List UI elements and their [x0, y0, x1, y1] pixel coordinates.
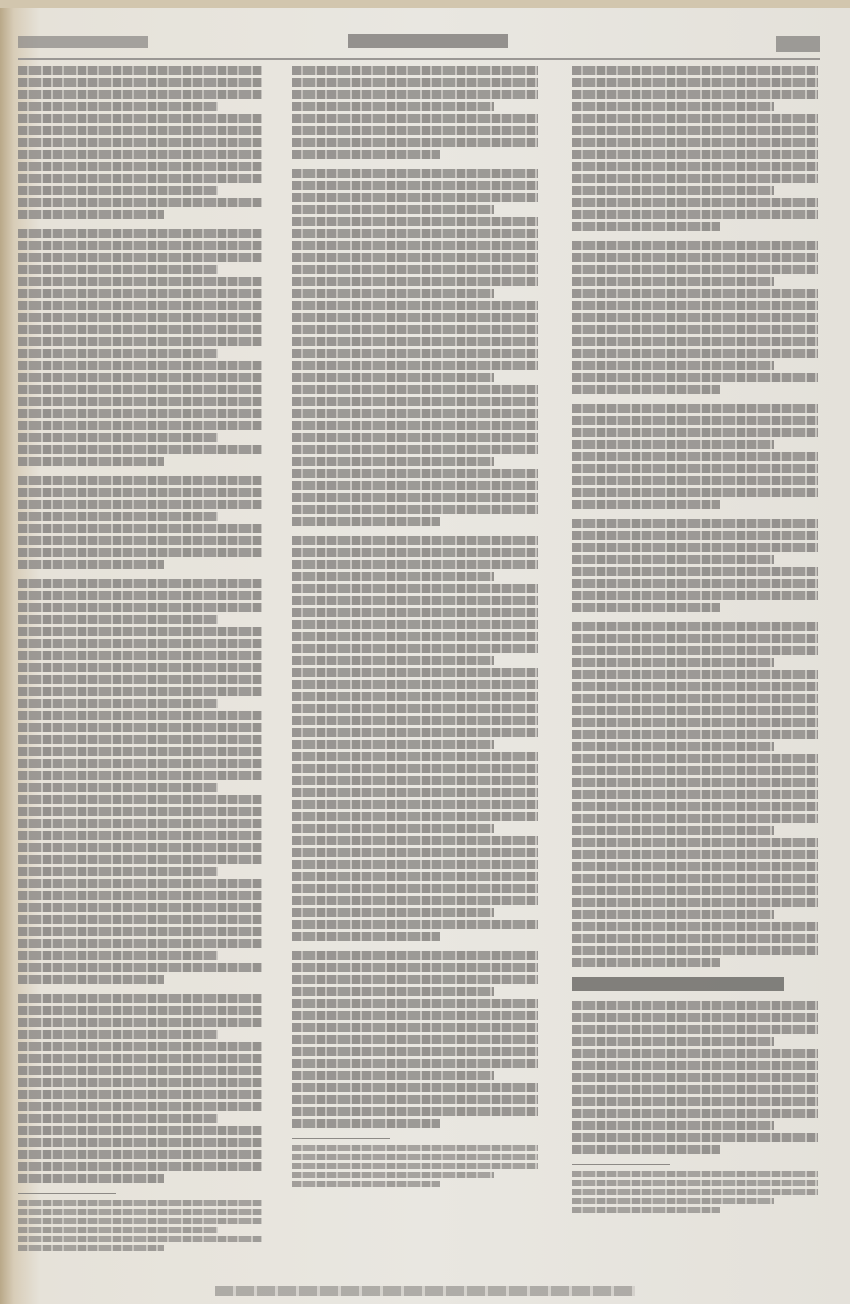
text-line	[292, 932, 440, 941]
text-line	[18, 150, 262, 159]
text-line	[572, 646, 818, 655]
text-line	[572, 1180, 818, 1186]
text-line	[292, 656, 494, 665]
text-line	[572, 102, 774, 111]
text-line	[18, 723, 262, 732]
text-line	[18, 915, 262, 924]
text-line	[572, 373, 818, 382]
text-line	[18, 349, 218, 358]
text-line	[18, 1138, 262, 1147]
text-line	[572, 253, 818, 262]
text-line	[18, 735, 262, 744]
column-3	[572, 66, 818, 1268]
text-line	[572, 1189, 818, 1195]
text-line	[572, 682, 818, 691]
text-line	[18, 855, 262, 864]
text-line	[292, 433, 538, 442]
text-line	[572, 325, 818, 334]
text-line	[18, 783, 218, 792]
text-line	[18, 1006, 262, 1015]
text-line	[18, 819, 262, 828]
text-line	[292, 337, 538, 346]
text-line	[572, 138, 818, 147]
text-line	[572, 802, 818, 811]
text-line	[292, 896, 538, 905]
text-line	[292, 975, 538, 984]
text-line	[18, 536, 262, 545]
text-line	[572, 500, 720, 509]
text-line	[292, 987, 494, 996]
text-line	[18, 807, 262, 816]
text-line	[292, 457, 494, 466]
text-line	[572, 898, 818, 907]
text-line	[292, 920, 538, 929]
text-line	[18, 1078, 262, 1087]
text-line	[18, 488, 262, 497]
text-line	[18, 186, 218, 195]
text-line	[18, 1245, 164, 1251]
text-line	[572, 826, 774, 835]
section-heading	[572, 977, 784, 991]
footnotes	[18, 1200, 262, 1251]
page-header	[18, 30, 820, 56]
text-line	[572, 658, 774, 667]
text-line	[18, 445, 262, 454]
text-line	[292, 289, 494, 298]
text-line	[572, 591, 818, 600]
text-line	[292, 560, 538, 569]
text-line	[572, 265, 818, 274]
text-line	[292, 908, 494, 917]
text-line	[18, 639, 262, 648]
text-line	[292, 313, 538, 322]
text-line	[572, 910, 774, 919]
footnote	[18, 1200, 262, 1251]
text-line	[18, 843, 262, 852]
text-line	[572, 579, 818, 588]
text-line	[292, 632, 538, 641]
text-line	[18, 66, 262, 75]
text-line	[572, 90, 818, 99]
text-line	[572, 754, 818, 763]
text-line	[292, 668, 538, 677]
text-line	[18, 548, 262, 557]
text-line	[18, 711, 262, 720]
text-line	[572, 1085, 818, 1094]
text-line	[572, 114, 818, 123]
text-line	[18, 1066, 262, 1075]
text-line	[292, 788, 538, 797]
text-line	[18, 675, 262, 684]
text-line	[18, 1209, 262, 1215]
text-line	[572, 1037, 774, 1046]
text-line	[18, 903, 262, 912]
text-line	[572, 313, 818, 322]
text-line	[572, 531, 818, 540]
text-line	[18, 1054, 262, 1063]
text-line	[572, 416, 818, 425]
text-line	[292, 1071, 494, 1080]
text-line	[292, 150, 440, 159]
text-line	[18, 975, 164, 984]
text-line	[18, 994, 262, 1003]
text-line	[292, 692, 538, 701]
text-line	[18, 891, 262, 900]
text-line	[18, 1236, 262, 1242]
text-line	[572, 361, 774, 370]
text-line	[572, 349, 818, 358]
text-line	[572, 850, 818, 859]
text-line	[18, 939, 262, 948]
column-1	[18, 66, 262, 1268]
text-line	[292, 445, 538, 454]
text-line	[18, 759, 262, 768]
text-line	[18, 397, 262, 406]
text-line	[18, 963, 262, 972]
text-line	[572, 301, 818, 310]
paragraph	[572, 404, 818, 509]
text-line	[292, 409, 538, 418]
footnote-rule	[18, 1193, 116, 1194]
paragraph	[572, 519, 818, 612]
text-line	[292, 277, 538, 286]
text-line	[572, 385, 720, 394]
text-line	[292, 325, 538, 334]
paragraph	[292, 951, 538, 1128]
text-line	[18, 337, 262, 346]
text-line	[572, 404, 818, 413]
text-line	[572, 766, 818, 775]
header-date-line	[18, 36, 148, 48]
text-line	[292, 728, 538, 737]
text-line	[292, 680, 538, 689]
text-line	[18, 433, 218, 442]
paragraph	[572, 241, 818, 394]
text-line	[18, 879, 262, 888]
text-line	[292, 951, 538, 960]
text-line	[18, 114, 262, 123]
text-line	[292, 397, 538, 406]
text-line	[292, 301, 538, 310]
text-line	[292, 253, 538, 262]
text-line	[292, 517, 440, 526]
text-line	[572, 922, 818, 931]
text-line	[292, 752, 538, 761]
text-line	[572, 337, 818, 346]
text-line	[292, 1181, 440, 1187]
text-line	[292, 620, 538, 629]
text-line	[572, 603, 720, 612]
text-line	[292, 181, 538, 190]
text-line	[292, 169, 538, 178]
text-line	[292, 193, 538, 202]
text-line	[572, 1198, 774, 1204]
text-line	[292, 776, 538, 785]
text-line	[18, 687, 262, 696]
text-line	[572, 289, 818, 298]
footnote-rule	[292, 1138, 390, 1139]
text-line	[292, 1163, 538, 1169]
text-line	[18, 174, 262, 183]
text-line	[292, 860, 538, 869]
text-line	[18, 301, 262, 310]
text-line	[572, 519, 818, 528]
text-line	[572, 210, 818, 219]
text-line	[292, 90, 538, 99]
footnotes	[292, 1145, 538, 1187]
text-line	[572, 150, 818, 159]
text-line	[292, 505, 538, 514]
text-line	[18, 831, 262, 840]
text-line	[18, 1200, 262, 1206]
text-line	[572, 946, 818, 955]
paragraph	[18, 994, 262, 1183]
text-line	[292, 572, 494, 581]
text-line	[18, 651, 262, 660]
text-line	[292, 373, 494, 382]
text-line	[292, 999, 538, 1008]
text-line	[292, 205, 494, 214]
text-line	[572, 428, 818, 437]
text-line	[18, 795, 262, 804]
text-line	[292, 596, 538, 605]
text-line	[18, 747, 262, 756]
text-line	[572, 814, 818, 823]
text-line	[18, 409, 262, 418]
text-line	[292, 740, 494, 749]
text-line	[292, 1119, 440, 1128]
text-line	[292, 824, 494, 833]
text-line	[572, 1097, 818, 1106]
text-line	[292, 1095, 538, 1104]
text-line	[572, 1061, 818, 1070]
text-line	[292, 608, 538, 617]
text-line	[292, 102, 494, 111]
text-line	[572, 1001, 818, 1010]
paragraph	[18, 229, 262, 466]
text-line	[572, 1073, 818, 1082]
text-line	[18, 289, 262, 298]
text-line	[572, 555, 774, 564]
text-line	[18, 867, 218, 876]
text-line	[292, 536, 538, 545]
text-line	[292, 126, 538, 135]
text-line	[18, 229, 262, 238]
text-line	[18, 126, 262, 135]
text-line	[292, 1172, 494, 1178]
text-line	[572, 838, 818, 847]
text-line	[572, 790, 818, 799]
text-line	[572, 706, 818, 715]
text-line	[572, 886, 818, 895]
text-line	[572, 1013, 818, 1022]
text-line	[292, 1047, 538, 1056]
text-line	[18, 476, 262, 485]
paragraph	[292, 536, 538, 941]
text-line	[18, 325, 262, 334]
text-line	[292, 217, 538, 226]
text-line	[572, 476, 818, 485]
text-line	[18, 421, 262, 430]
header-rule	[18, 58, 820, 60]
text-line	[18, 1227, 218, 1233]
text-line	[292, 349, 538, 358]
text-line	[572, 634, 818, 643]
header-publication-title	[348, 34, 508, 48]
text-line	[292, 812, 538, 821]
paragraph	[292, 66, 538, 159]
text-line	[292, 229, 538, 238]
text-line	[572, 277, 774, 286]
text-line	[292, 421, 538, 430]
paragraph	[18, 476, 262, 569]
text-line	[18, 241, 262, 250]
text-line	[292, 361, 538, 370]
footnotes	[572, 1171, 818, 1213]
text-line	[572, 730, 818, 739]
text-line	[18, 78, 262, 87]
text-line	[292, 66, 538, 75]
text-line	[18, 457, 164, 466]
text-line	[292, 481, 538, 490]
text-line	[18, 138, 262, 147]
text-line	[18, 253, 262, 262]
text-line	[292, 548, 538, 557]
text-line	[18, 1218, 262, 1224]
text-line	[18, 951, 218, 960]
text-line	[18, 1018, 262, 1027]
header-page-number	[776, 36, 820, 52]
text-line	[292, 1059, 538, 1068]
text-line	[18, 500, 262, 509]
text-line	[18, 771, 262, 780]
text-line	[292, 1154, 538, 1160]
text-line	[572, 567, 818, 576]
text-line	[18, 1090, 262, 1099]
text-line	[572, 1025, 818, 1034]
text-line	[572, 440, 774, 449]
text-line	[572, 452, 818, 461]
text-line	[18, 591, 262, 600]
text-line	[572, 174, 818, 183]
text-line	[18, 560, 164, 569]
text-line	[572, 670, 818, 679]
text-line	[18, 313, 262, 322]
paragraph	[572, 1001, 818, 1154]
newspaper-page	[0, 0, 850, 1304]
text-line	[572, 1133, 818, 1142]
paragraph	[572, 66, 818, 231]
text-line	[292, 836, 538, 845]
text-line	[572, 66, 818, 75]
text-line	[572, 1171, 818, 1177]
text-line	[292, 493, 538, 502]
text-line	[572, 622, 818, 631]
text-line	[18, 277, 262, 286]
footnote	[572, 1171, 818, 1213]
text-line	[292, 704, 538, 713]
text-line	[18, 198, 262, 207]
text-line	[572, 186, 774, 195]
text-line	[292, 114, 538, 123]
text-line	[292, 800, 538, 809]
text-line	[18, 1126, 262, 1135]
text-line	[18, 1162, 262, 1171]
text-line	[18, 373, 262, 382]
text-line	[572, 162, 818, 171]
text-line	[572, 464, 818, 473]
paragraph	[18, 579, 262, 984]
text-line	[572, 874, 818, 883]
text-line	[572, 126, 818, 135]
text-line	[18, 627, 262, 636]
text-line	[572, 778, 818, 787]
text-line	[18, 1030, 218, 1039]
text-line	[572, 1145, 720, 1154]
text-line	[18, 385, 262, 394]
text-line	[18, 361, 262, 370]
text-line	[292, 644, 538, 653]
text-line	[292, 138, 538, 147]
text-line	[18, 1114, 218, 1123]
paragraph	[18, 66, 262, 219]
text-line	[18, 512, 218, 521]
text-line	[572, 1109, 818, 1118]
footnote-rule	[572, 1164, 670, 1165]
text-line	[292, 872, 538, 881]
page-edge	[0, 0, 850, 8]
text-line	[292, 1023, 538, 1032]
text-line	[292, 265, 538, 274]
text-line	[292, 764, 538, 773]
text-line	[572, 694, 818, 703]
text-line	[572, 1121, 774, 1130]
text-line	[292, 716, 538, 725]
text-line	[572, 1049, 818, 1058]
text-line	[18, 1150, 262, 1159]
text-line	[18, 162, 262, 171]
text-line	[292, 848, 538, 857]
text-line	[18, 579, 262, 588]
text-line	[572, 222, 720, 231]
text-line	[18, 663, 262, 672]
text-line	[292, 469, 538, 478]
text-line	[572, 718, 818, 727]
text-line	[572, 742, 774, 751]
text-line	[572, 543, 818, 552]
text-line	[292, 1083, 538, 1092]
paragraph	[572, 622, 818, 967]
text-line	[18, 1102, 262, 1111]
text-line	[18, 210, 164, 219]
text-line	[572, 78, 818, 87]
text-line	[292, 385, 538, 394]
text-line	[18, 524, 262, 533]
text-line	[18, 615, 218, 624]
text-line	[572, 488, 818, 497]
text-line	[18, 265, 218, 274]
footnote	[292, 1145, 538, 1187]
text-line	[572, 934, 818, 943]
text-line	[292, 584, 538, 593]
text-line	[572, 862, 818, 871]
text-line	[292, 1107, 538, 1116]
text-line	[18, 699, 218, 708]
page-footer	[215, 1286, 635, 1296]
column-2	[292, 66, 538, 1268]
text-line	[572, 1207, 720, 1213]
text-line	[572, 198, 818, 207]
